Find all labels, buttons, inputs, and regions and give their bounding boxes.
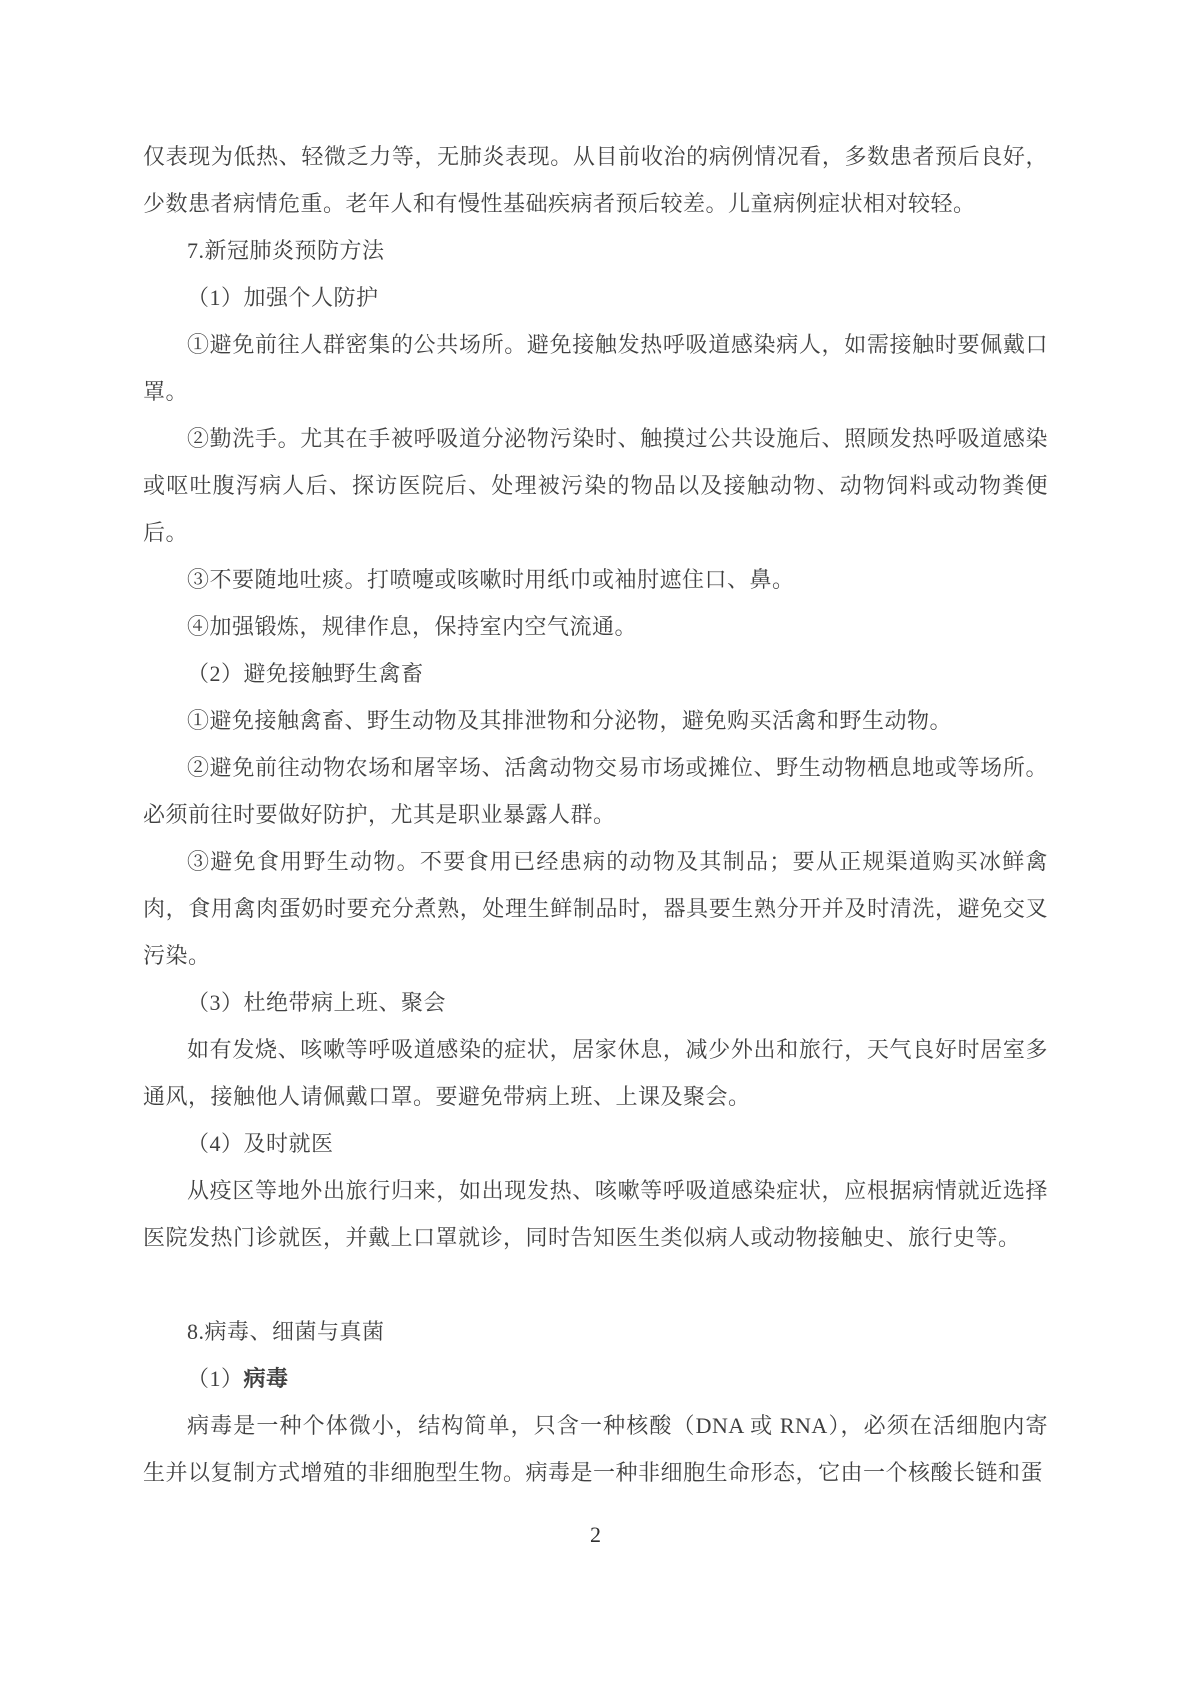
- document-page: 仅表现为低热、轻微乏力等，无肺炎表现。从目前收治的病例情况看，多数患者预后良好，…: [0, 0, 1191, 1684]
- body: ④加强锻炼，规律作息，保持室内空气流通。: [143, 603, 1048, 650]
- body: ③不要随地吐痰。打喷嚏或咳嗽时用纸巾或袖肘遮住口、鼻。: [143, 556, 1048, 603]
- section-heading: 7.新冠肺炎预防方法: [143, 227, 1048, 274]
- body: ①避免接触禽畜、野生动物及其排泄物和分泌物，避免购买活禽和野生动物。: [143, 697, 1048, 744]
- body: ③避免食用野生动物。不要食用已经患病的动物及其制品；要从正规渠道购买冰鲜禽肉，食…: [143, 838, 1048, 979]
- bold-term: 病毒: [244, 1366, 289, 1391]
- paragraph-spacer: [143, 1261, 1048, 1308]
- body: ①避免前往人群密集的公共场所。避免接触发热呼吸道感染病人，如需接触时要佩戴口罩。: [143, 321, 1048, 415]
- body: 如有发烧、咳嗽等呼吸道感染的症状，居家休息，减少外出和旅行，天气良好时居室多通风…: [143, 1026, 1048, 1120]
- sub-heading: （3）杜绝带病上班、聚会: [143, 979, 1048, 1026]
- page-body-text: 仅表现为低热、轻微乏力等，无肺炎表现。从目前收治的病例情况看，多数患者预后良好，…: [143, 133, 1048, 1496]
- section-heading: 8.病毒、细菌与真菌: [143, 1308, 1048, 1355]
- body: ②避免前往动物农场和屠宰场、活禽动物交易市场或摊位、野生动物栖息地或等场所。必须…: [143, 744, 1048, 838]
- page-number: 2: [0, 1520, 1191, 1550]
- body-continuation: 仅表现为低热、轻微乏力等，无肺炎表现。从目前收治的病例情况看，多数患者预后良好，…: [143, 133, 1048, 227]
- sub-heading-term: （1）病毒: [143, 1355, 1048, 1402]
- sub-heading: （1）加强个人防护: [143, 274, 1048, 321]
- list-label: （1）: [187, 1366, 244, 1391]
- body: 病毒是一种个体微小，结构简单，只含一种核酸（DNA 或 RNA），必须在活细胞内…: [143, 1402, 1048, 1496]
- sub-heading: （4）及时就医: [143, 1120, 1048, 1167]
- body: 从疫区等地外出旅行归来，如出现发热、咳嗽等呼吸道感染症状，应根据病情就近选择医院…: [143, 1167, 1048, 1261]
- body: ②勤洗手。尤其在手被呼吸道分泌物污染时、触摸过公共设施后、照顾发热呼吸道感染或呕…: [143, 415, 1048, 556]
- sub-heading: （2）避免接触野生禽畜: [143, 650, 1048, 697]
